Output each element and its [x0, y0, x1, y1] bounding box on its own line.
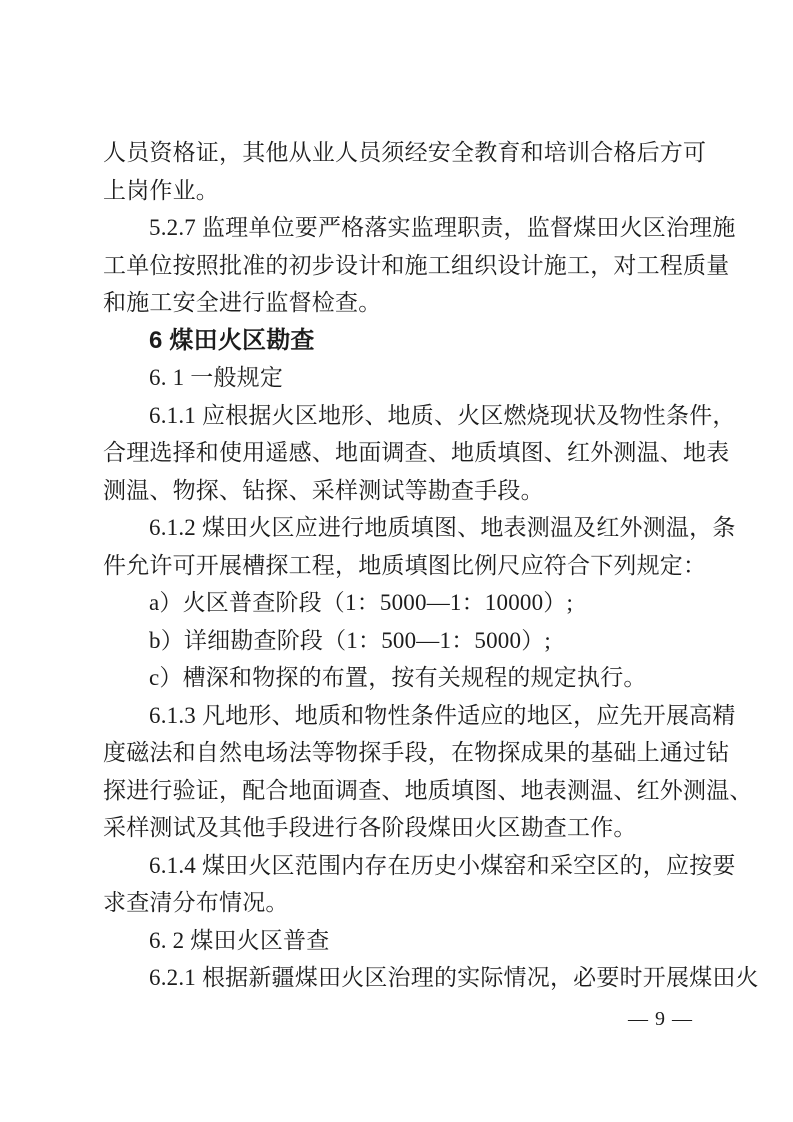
body-line: 求查清分布情况。 — [103, 884, 710, 922]
clause-6-1-2-line: 6.1.2 煤田火区应进行地质填图、地表测温及红外测温，条 — [103, 509, 710, 547]
list-item-c: c）槽深和物探的布置，按有关规程的规定执行。 — [103, 659, 710, 697]
section-heading-6: 6 煤田火区勘查 — [103, 322, 710, 360]
document-body: 人员资格证，其他从业人员须经安全教育和培训合格后方可 上岗作业。 5.2.7 监… — [103, 134, 710, 997]
body-line: 测温、物探、钻探、采样测试等勘查手段。 — [103, 472, 710, 510]
body-line: 人员资格证，其他从业人员须经安全教育和培训合格后方可 — [103, 134, 710, 172]
page-number: — 9 — — [628, 1008, 693, 1030]
list-item-a: a）火区普查阶段（1：5000—1：10000）; — [103, 584, 710, 622]
clause-6-1-1-line: 6.1.1 应根据火区地形、地质、火区燃烧现状及物性条件， — [103, 397, 710, 435]
body-line: 合理选择和使用遥感、地面调查、地质填图、红外测温、地表 — [103, 434, 710, 472]
clause-6-2-1-line: 6.2.1 根据新疆煤田火区治理的实际情况，必要时开展煤田火 — [103, 959, 710, 997]
body-line: 和施工安全进行监督检查。 — [103, 284, 710, 322]
subsection-heading-6-1: 6. 1 一般规定 — [103, 359, 710, 397]
subsection-heading-6-2: 6. 2 煤田火区普查 — [103, 922, 710, 960]
clause-6-1-4-line: 6.1.4 煤田火区范围内存在历史小煤窑和采空区的，应按要 — [103, 847, 710, 885]
document-page: 人员资格证，其他从业人员须经安全教育和培训合格后方可 上岗作业。 5.2.7 监… — [0, 0, 793, 1122]
clause-6-1-3-line: 6.1.3 凡地形、地质和物性条件适应的地区，应先开展高精 — [103, 697, 710, 735]
body-line: 件允许可开展槽探工程，地质填图比例尺应符合下列规定： — [103, 547, 710, 585]
body-line: 采样测试及其他手段进行各阶段煤田火区勘查工作。 — [103, 809, 710, 847]
body-line: 工单位按照批准的初步设计和施工组织设计施工，对工程质量 — [103, 247, 710, 285]
body-line: 度磁法和自然电场法等物探手段，在物探成果的基础上通过钻 — [103, 734, 710, 772]
list-item-b: b）详细勘查阶段（1：500—1：5000）; — [103, 622, 710, 660]
body-line: 上岗作业。 — [103, 172, 710, 210]
clause-5-2-7-line: 5.2.7 监理单位要严格落实监理职责，监督煤田火区治理施 — [103, 209, 710, 247]
page-footer: — 9 — — [628, 1008, 693, 1031]
body-line: 探进行验证，配合地面调查、地质填图、地表测温、红外测温、 — [103, 772, 710, 810]
